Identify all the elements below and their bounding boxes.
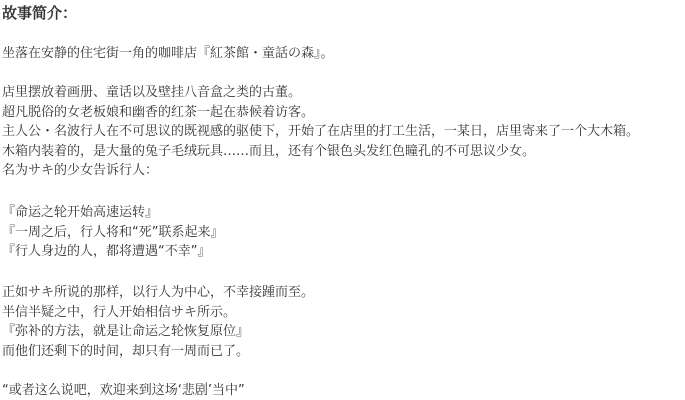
plot-paragraph: 正如サキ所说的那样，以行人为中心，不幸接踵而至。 半信半疑之中，行人开始相信サキ… (2, 283, 314, 361)
section-title: 故事简介： (2, 3, 77, 23)
quote-line: 『行人身边的人，都将遭遇“不幸”』 (2, 242, 223, 262)
quote-line: 『一周之后，行人将和“死”联系起来』 (2, 223, 223, 243)
closing-paragraph: “或者这么说吧，欢迎来到这场‘悲剧’当中” (2, 381, 245, 400)
text-line: 主人公・名波行人在不可思议的既视感的驱使下，开始了在店里的打工生活，一某日，店里… (2, 122, 639, 142)
closing-line: “或者这么说吧，欢迎来到这场‘悲剧’当中” (2, 381, 245, 400)
text-line: 而他们还剩下的时间，却只有一周而已了。 (2, 342, 314, 362)
text-line: 『弥补的方法，就是让命运之轮恢复原位』 (2, 322, 314, 342)
text-line: 半信半疑之中，行人开始相信サキ所示。 (2, 303, 314, 323)
quote-paragraph: 『命运之轮开始高速运转』 『一周之后，行人将和“死”联系起来』 『行人身边的人，… (2, 203, 223, 262)
text-line: 正如サキ所说的那样，以行人为中心，不幸接踵而至。 (2, 283, 314, 303)
text-line: 坐落在安静的住宅街一角的咖啡店『紅茶館・童話の森』。 (2, 44, 334, 64)
text-line: 店里摆放着画册、童话以及壁挂八音盒之类的古董。 (2, 83, 639, 103)
story-paragraph: 店里摆放着画册、童话以及壁挂八音盒之类的古董。 超凡脱俗的女老板娘和幽香的红茶一… (2, 83, 639, 181)
intro-paragraph: 坐落在安静的住宅街一角的咖啡店『紅茶館・童話の森』。 (2, 44, 334, 64)
text-line: 超凡脱俗的女老板娘和幽香的红茶一起在恭候着访客。 (2, 103, 639, 123)
quote-line: 『命运之轮开始高速运转』 (2, 203, 223, 223)
text-line: 名为サキ的少女告诉行人： (2, 161, 639, 181)
text-line: 木箱内装着的，是大量的兔子毛绒玩具……而且，还有个银色头发红色瞳孔的不可思议少女… (2, 142, 639, 162)
